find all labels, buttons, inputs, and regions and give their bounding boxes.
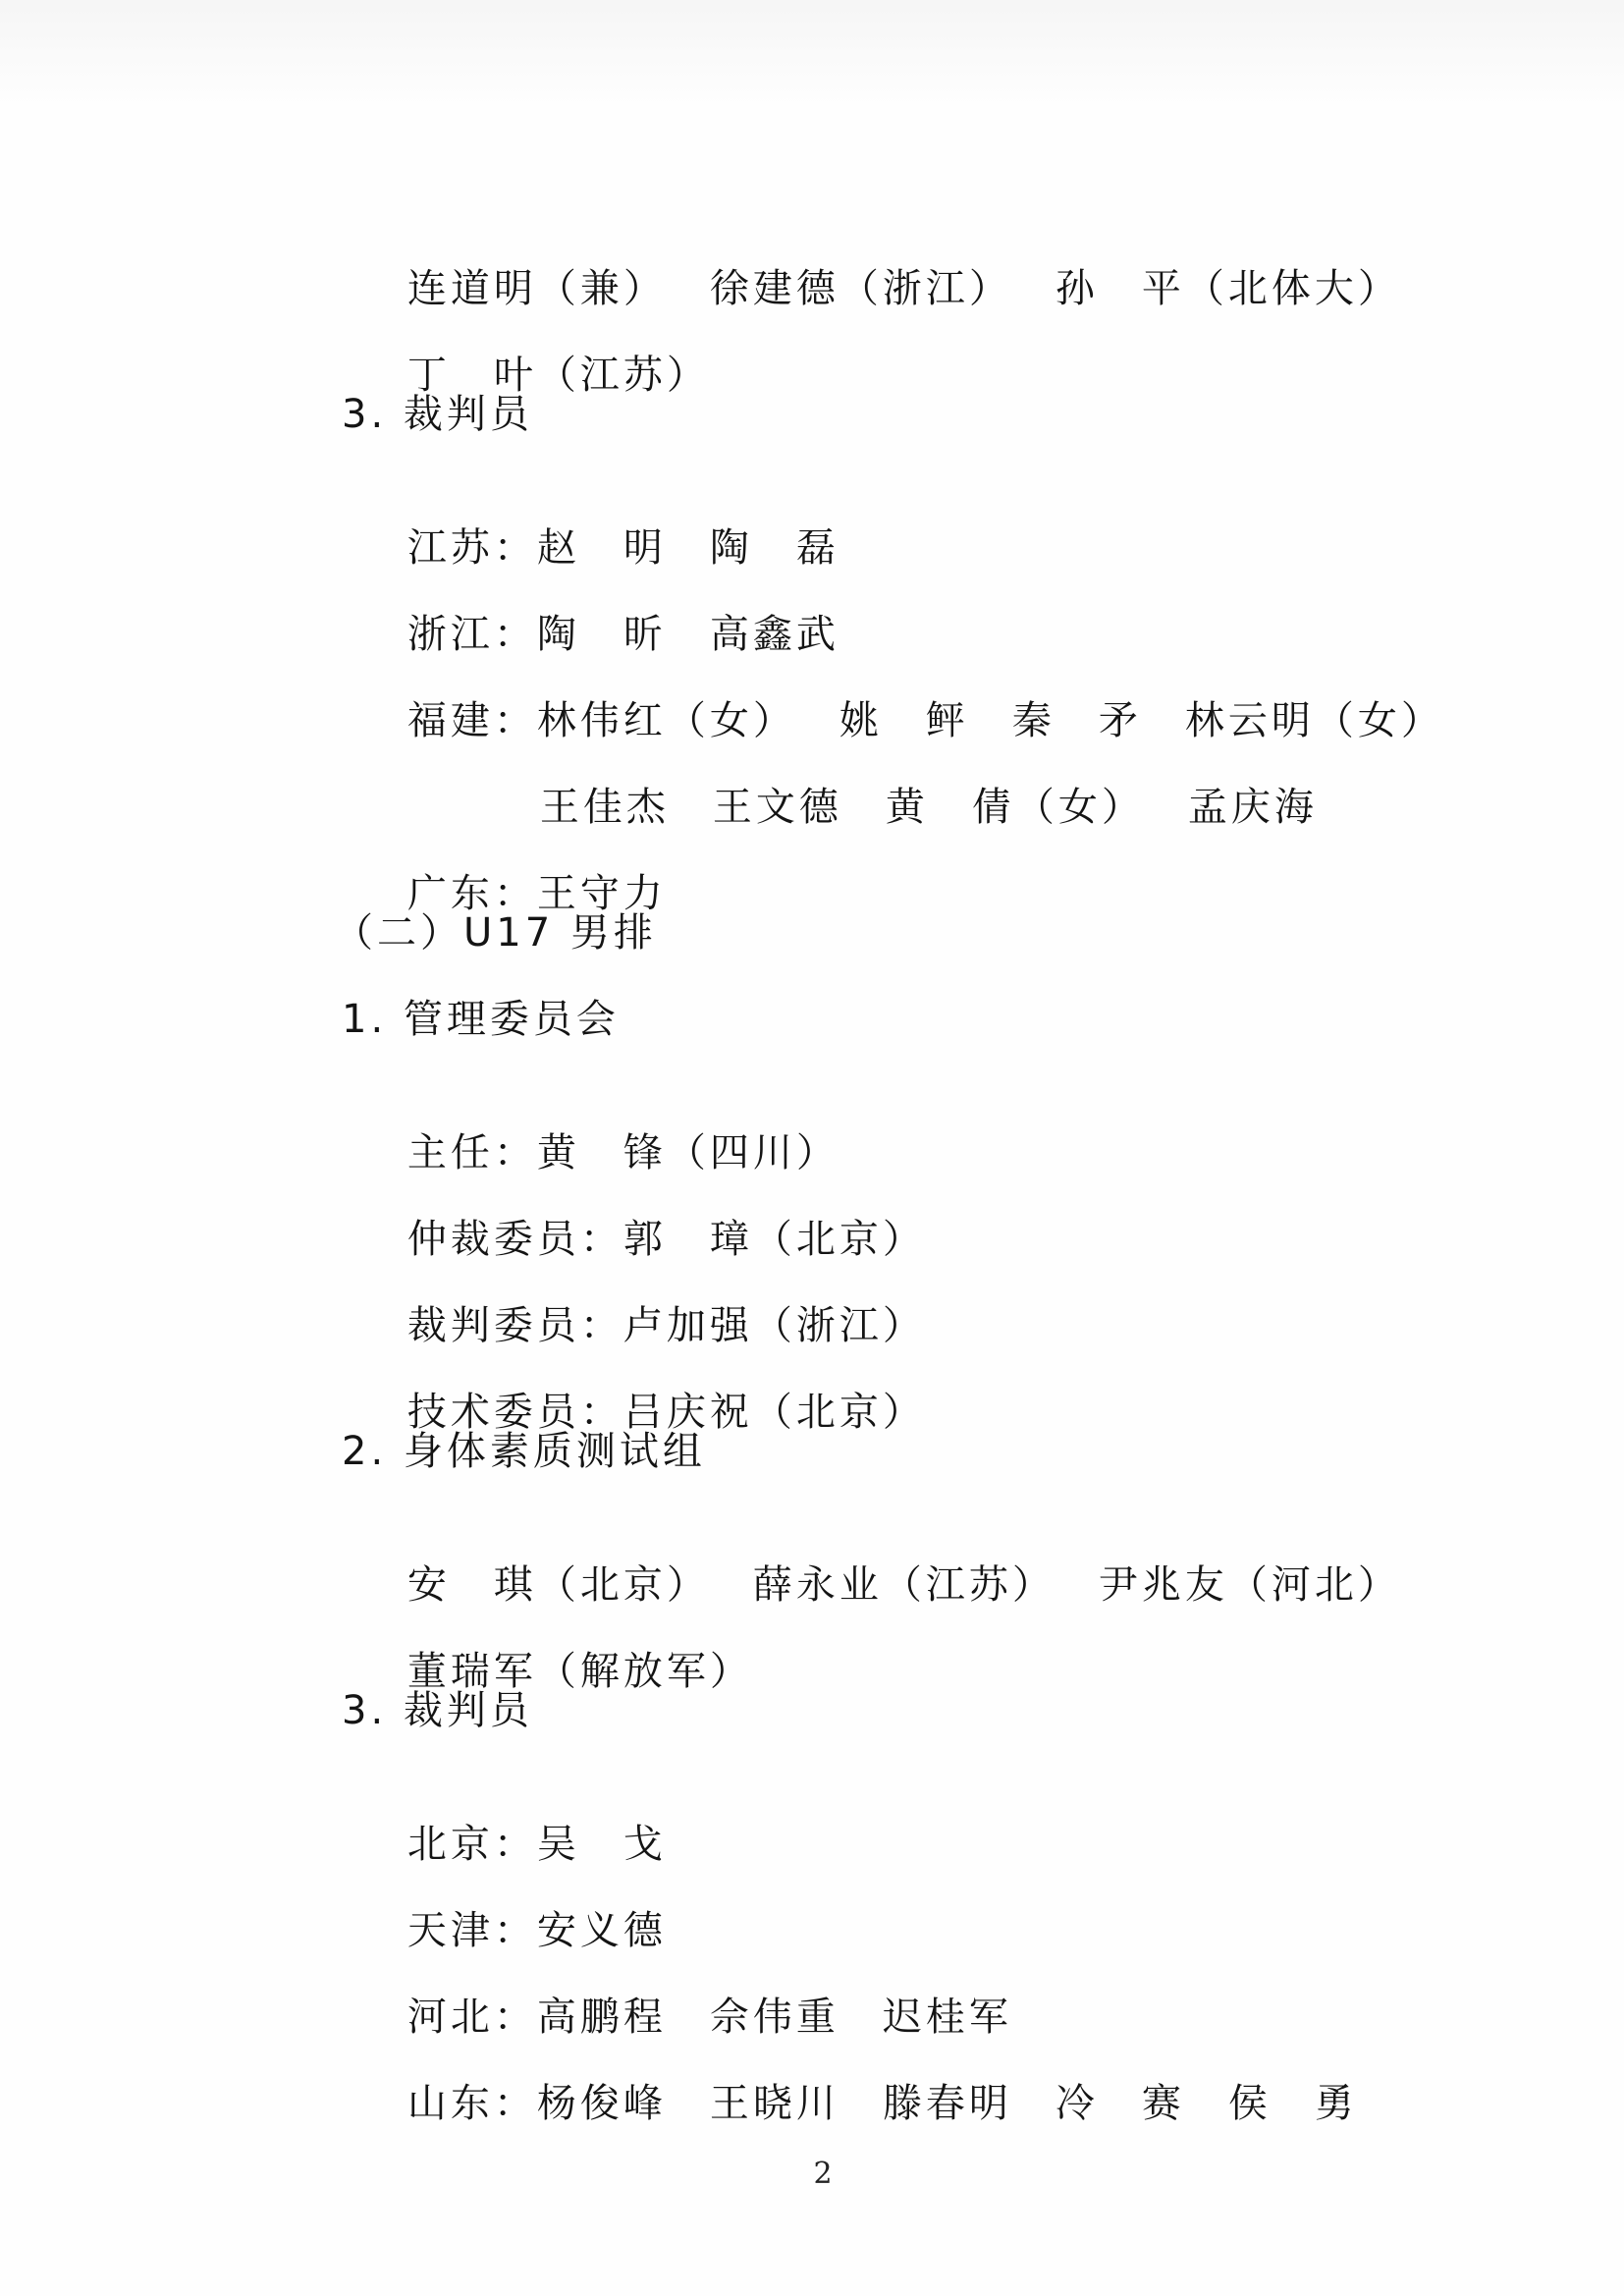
person-entry: 王晓川 [710,2080,839,2127]
page-number: 2 [0,2157,1624,2191]
person-entry: 杨俊峰 [537,2080,667,2127]
section-heading-management-committee: 1. 管理委员会 [342,996,620,1043]
person-entry: 王文德 [713,784,842,831]
document-page: 连道明（兼）徐建德（浙江）孙 平（北体大） 丁 叶（江苏） 3. 裁判员 江苏：… [0,0,1624,2296]
person-entry: 黄 倩（女） [886,784,1145,831]
person-entry: 薛永业（江苏） [753,1561,1056,1609]
person-entry: 滕春明 [883,2080,1012,2127]
scan-bleed-through [0,0,1624,108]
person-entry: 徐建德（浙江） [710,265,1012,312]
section-heading-u17-men: （二）U17 男排 [334,909,657,957]
province-referees-shandong: 山东：杨俊峰王晓川滕春明冷 赛侯 勇 [342,2033,1358,2174]
section-heading-referees: 3. 裁判员 [342,1687,533,1734]
province-label: 山东： [407,2080,537,2127]
person-entry: 尹兆友（河北） [1099,1561,1401,1609]
person-entry: 孟庆海 [1188,784,1318,831]
person-entry: 冷 赛 [1056,2080,1185,2127]
section-heading-referees: 3. 裁判员 [342,391,533,438]
person-entry: 侯 勇 [1228,2080,1358,2127]
person-entry: 孙 平（北体大） [1056,265,1401,312]
section-heading-fitness-test-group: 2. 身体素质测试组 [342,1428,706,1475]
